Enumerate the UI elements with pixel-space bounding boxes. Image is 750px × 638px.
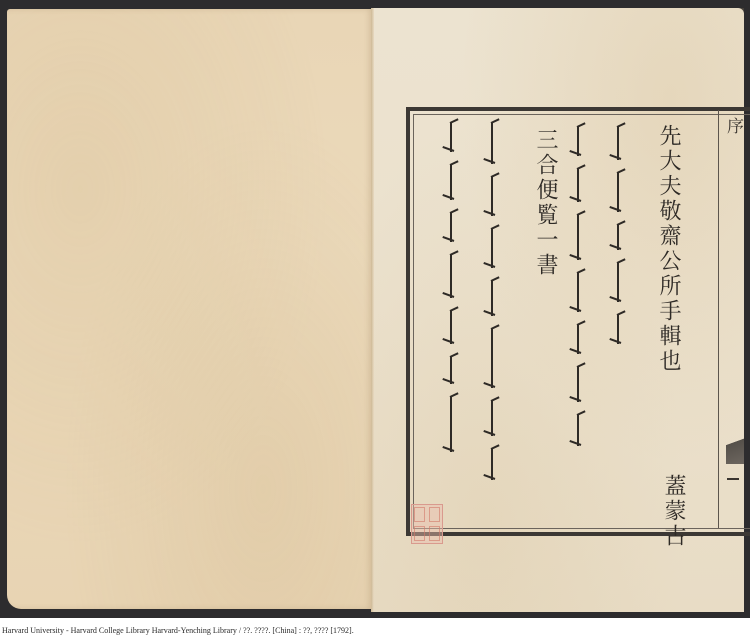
script-column-1	[614, 126, 642, 344]
left-page-blank	[7, 9, 373, 609]
script-column-4	[447, 122, 475, 452]
script-column-2	[574, 126, 602, 446]
script-column-3	[488, 122, 516, 480]
page-number-mark	[727, 478, 739, 481]
scan-viewer: 序 先大夫敬齋公所手輯也 三合便覧一書 蓋蒙古	[0, 0, 750, 618]
chinese-column-1: 先大夫敬齋公所手輯也	[657, 124, 679, 374]
red-seal-stamp	[411, 504, 443, 544]
library-caption: Harvard University - Harvard College Lib…	[2, 626, 354, 635]
fold-centre-line	[718, 110, 719, 528]
fold-title: 序	[727, 112, 744, 137]
chinese-column-3: 蓋蒙古	[662, 474, 684, 549]
fish-tail-mark-icon	[726, 434, 744, 464]
chinese-column-2: 三合便覧一書	[534, 128, 556, 278]
